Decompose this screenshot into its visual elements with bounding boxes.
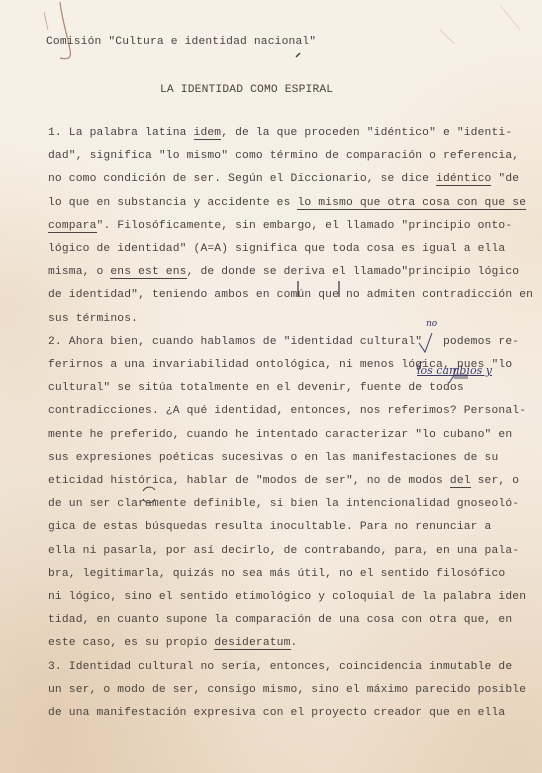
text-segment: lo que en substancia y accidente es	[48, 197, 297, 209]
text-segment: tidad, en cuanto supone la comparación d…	[48, 614, 512, 626]
text-segment: 2. Ahora bien, cuando hablamos de "ident…	[48, 336, 519, 348]
text-line: 3. Identidad cultural no sería, entonces…	[48, 662, 512, 673]
text-segment: 3. Identidad cultural no sería, entonces…	[48, 661, 512, 673]
text-segment: ella ni pasarla, por así decirlo, de con…	[48, 545, 519, 557]
text-segment: eticidad histórica, hablar de "modos de …	[48, 475, 450, 487]
text-segment: , de donde se deriva el llamado"principi…	[187, 266, 520, 278]
text-line: lógico de identidad" (A=A) significa que…	[48, 244, 505, 255]
text-line: tidad, en cuanto supone la comparación d…	[48, 615, 512, 626]
text-line: contradicciones. ¿A qué identidad, enton…	[48, 406, 526, 417]
text-segment: sus expresiones poéticas sucesivas o en …	[48, 452, 498, 464]
text-segment: bra, legitimarla, quizás no sea más útil…	[48, 568, 505, 580]
text-segment: de un ser claramente definible, si bien …	[48, 498, 519, 510]
text-segment: un ser, o modo de ser, consigo mismo, si…	[48, 684, 526, 696]
text-segment: dad", significa "lo mismo" como término …	[48, 150, 519, 162]
text-line: cultural" se sitúa totalmente en el deve…	[48, 383, 464, 394]
text-line: no como condición de ser. Según el Dicci…	[48, 174, 519, 185]
text-segment: misma, o	[48, 266, 110, 278]
text-segment: , de la que proceden "idéntico" e "ident…	[221, 127, 512, 139]
handwritten-no-annotation: no	[426, 320, 437, 329]
underlined-term: idéntico	[436, 173, 491, 186]
underlined-term: lo mismo que otra cosa con que se	[297, 197, 526, 210]
text-line: bra, legitimarla, quizás no sea más útil…	[48, 569, 505, 580]
text-segment: de identidad", teniendo ambos en común q…	[48, 289, 533, 301]
text-line: compara". Filosóficamente, sin embargo, …	[48, 221, 512, 232]
document-title: LA IDENTIDAD COMO ESPIRAL	[160, 85, 333, 96]
underlined-term: idem	[194, 127, 222, 140]
handwritten-cambios-annotation: los cambios y	[417, 365, 492, 376]
text-line: 2. Ahora bien, cuando hablamos de "ident…	[48, 337, 519, 348]
text-line: de identidad", teniendo ambos en común q…	[48, 290, 533, 301]
text-segment: ser, o	[471, 475, 520, 487]
text-line: gica de estas búsquedas resulta inoculta…	[48, 522, 491, 533]
text-line: sus expresiones poéticas sucesivas o en …	[48, 453, 498, 464]
text-segment: lógico de identidad" (A=A) significa que…	[48, 243, 505, 255]
text-line: dad", significa "lo mismo" como término …	[48, 151, 519, 162]
text-line: mente he preferido, cuando he intentado …	[48, 430, 512, 441]
text-segment: de una manifestación expresiva con el pr…	[48, 707, 505, 719]
text-segment: gica de estas búsquedas resulta inoculta…	[48, 521, 491, 533]
underlined-term: del	[450, 475, 471, 488]
committee-header: Comisión "Cultura e identidad nacional"	[46, 37, 316, 48]
text-line: de una manifestación expresiva con el pr…	[48, 708, 505, 719]
text-segment: 1. La palabra latina	[48, 127, 194, 139]
text-segment: no como condición de ser. Según el Dicci…	[48, 173, 436, 185]
text-line: este caso, es su propio desideratum.	[48, 638, 297, 649]
text-segment: ". Filosóficamente, sin embargo, el llam…	[97, 220, 513, 232]
text-segment: este caso, es su propio	[48, 637, 214, 649]
text-segment: .	[291, 637, 298, 649]
text-line: 1. La palabra latina idem, de la que pro…	[48, 128, 512, 139]
text-line: lo que en substancia y accidente es lo m…	[48, 198, 526, 209]
text-segment: mente he preferido, cuando he intentado …	[48, 429, 512, 441]
text-segment: ni lógico, sino el sentido etimológico y…	[48, 591, 526, 603]
text-line: eticidad histórica, hablar de "modos de …	[48, 476, 519, 487]
text-segment: "de	[491, 173, 519, 185]
text-segment: cultural" se sitúa totalmente en el deve…	[48, 382, 464, 394]
underlined-term: desideratum	[214, 637, 290, 650]
text-segment: sus términos.	[48, 313, 138, 325]
underlined-term: ens est ens	[110, 266, 186, 279]
text-segment: contradicciones. ¿A qué identidad, enton…	[48, 405, 526, 417]
text-line: ni lógico, sino el sentido etimológico y…	[48, 592, 526, 603]
underlined-term: compara	[48, 220, 97, 233]
text-line: de un ser claramente definible, si bien …	[48, 499, 519, 510]
document-page: Comisión "Cultura e identidad nacional" …	[0, 0, 542, 773]
text-line: ella ni pasarla, por así decirlo, de con…	[48, 546, 519, 557]
text-line: misma, o ens est ens, de donde se deriva…	[48, 267, 519, 278]
text-line: un ser, o modo de ser, consigo mismo, si…	[48, 685, 526, 696]
text-line: sus términos.	[48, 314, 138, 325]
